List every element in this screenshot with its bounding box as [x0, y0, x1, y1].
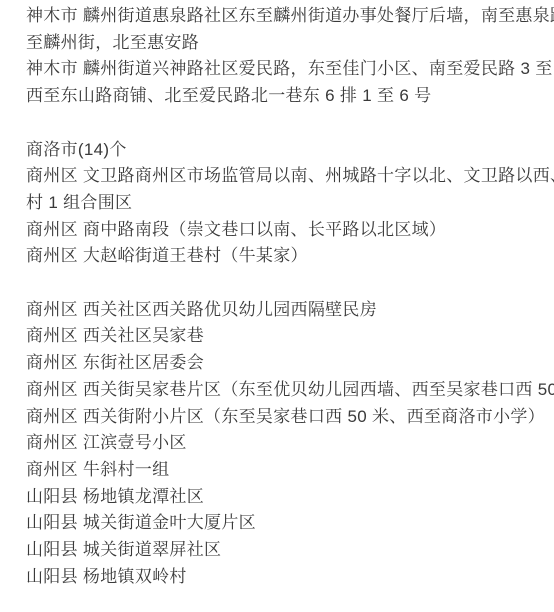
text-line-city-header: 商洛市(14)个 — [26, 137, 548, 164]
text-line-16: 商州区 西关街附小片区（东至吴家巷口西 50 米、西至商洛市小学） — [26, 404, 548, 431]
text-line-19: 山阳县 杨地镇龙潭社区 — [26, 484, 548, 511]
text-line-1: 神木市 麟州街道惠泉路社区东至麟州街道办事处餐厅后墙，南至惠泉路，西 — [26, 3, 548, 30]
text-line-15: 商州区 西关街吴家巷片区（东至优贝幼儿园西墙、西至吴家巷口西 50 米） — [26, 377, 548, 404]
text-line-4: 西至东山路商铺、北至爱民路北一巷东 6 排 1 至 6 号 — [26, 83, 548, 110]
text-line-22: 山阳县 杨地镇双岭村 — [26, 564, 548, 591]
text-line-3: 神木市 麟州街道兴神路社区爱民路，东至佳门小区、南至爱民路 3 至 10 号、 — [26, 56, 548, 83]
text-line-20: 山阳县 城关街道金叶大厦片区 — [26, 510, 548, 537]
text-line-14: 商州区 东街社区居委会 — [26, 350, 548, 377]
blank-line — [26, 110, 548, 137]
text-line-2: 至麟州街，北至惠安路 — [26, 30, 548, 57]
text-line-9: 商州区 商中路南段（崇文巷口以南、长平路以北区域） — [26, 217, 548, 244]
text-line-8: 村 1 组合围区 — [26, 190, 548, 217]
text-line-17: 商州区 江滨壹号小区 — [26, 430, 548, 457]
blank-line — [26, 270, 548, 297]
text-line-10: 商州区 大赵峪街道王巷村（牛某家） — [26, 243, 548, 270]
risk-area-document: 神木市 麟州街道惠泉路社区东至麟州街道办事处餐厅后墙，南至惠泉路，西 至麟州街，… — [0, 0, 554, 590]
text-line-18: 商州区 牛斜村一组 — [26, 457, 548, 484]
text-line-21: 山阳县 城关街道翠屏社区 — [26, 537, 548, 564]
text-line-13: 商州区 西关社区吴家巷 — [26, 323, 548, 350]
text-line-12: 商州区 西关社区西关路优贝幼儿园西隔壁民房 — [26, 297, 548, 324]
text-line-7: 商州区 文卫路商州区市场监管局以南、州城路十字以北、文卫路以西、牛斜 — [26, 163, 548, 190]
